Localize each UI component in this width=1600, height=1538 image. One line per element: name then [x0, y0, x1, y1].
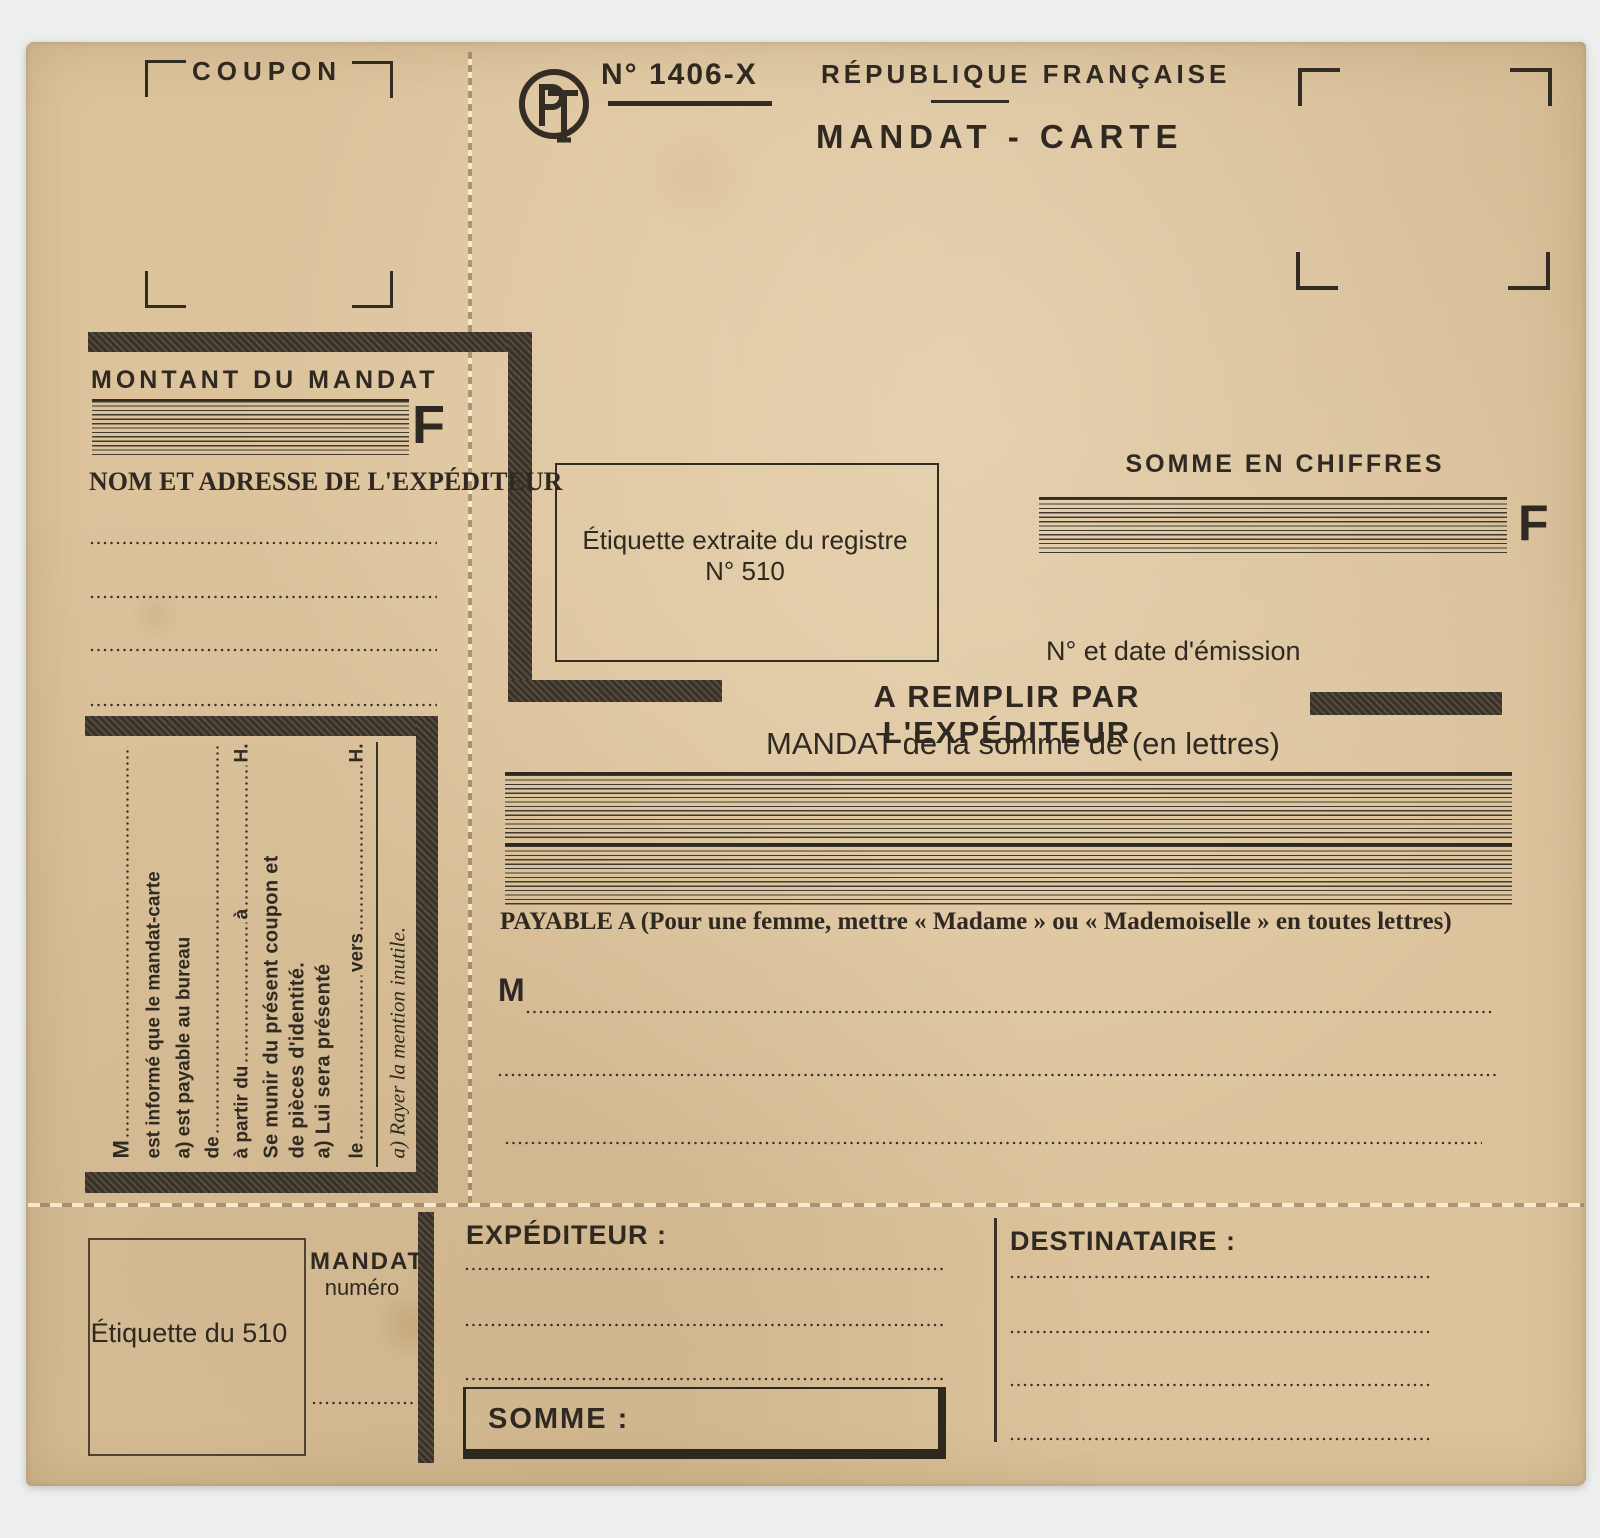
destinataire-write-line — [1010, 1275, 1432, 1279]
stamp-corner-mark — [1296, 252, 1338, 290]
destinataire-write-line — [1010, 1330, 1432, 1334]
etiquette-510-label: Étiquette du 510 — [84, 1318, 294, 1349]
form-number-underline — [608, 101, 772, 106]
amount-words-box-1 — [505, 772, 1512, 839]
notice-line-semunir: Se munir du présent coupon et — [258, 744, 284, 1159]
amount-words-box-2 — [505, 843, 1512, 906]
republic-title: RÉPUBLIQUE FRANÇAISE — [821, 59, 1230, 90]
notice-line-pieces: de pièces d'identité. — [284, 744, 310, 1159]
stamp-corner-mark — [1510, 68, 1552, 106]
remplir-right-bar — [1310, 692, 1502, 715]
payee-m-label: M — [498, 972, 525, 1009]
column-separator — [994, 1218, 997, 1442]
notice-text: de — [203, 1136, 225, 1158]
etiquette-registre-line1: Étiquette extraite du registre — [555, 525, 935, 556]
form-number: N° 1406-X — [601, 58, 758, 92]
stamp-corner-mark — [1508, 252, 1550, 290]
notice-text: a) Lui sera présenté — [313, 964, 336, 1159]
notice-text: a) est payable au bureau — [174, 937, 196, 1159]
notice-line-rayer: a) Rayer la mention inutile. — [385, 744, 411, 1159]
notice-text: Se munir du présent coupon et — [261, 855, 284, 1158]
payee-write-line — [498, 1073, 1497, 1077]
notice-text: H. — [232, 743, 254, 762]
notice-line-de: de — [199, 744, 225, 1159]
coupon-write-line — [90, 541, 437, 545]
notice-border-bottom — [85, 1172, 438, 1193]
notice-text: de pièces d'identité. — [287, 962, 310, 1159]
numero-label: numéro — [310, 1275, 414, 1301]
vertical-perforation-line — [468, 52, 472, 1205]
coupon-corner-mark — [352, 61, 393, 98]
divider-bar-bottom-arm — [508, 680, 722, 702]
dotted-leader — [245, 922, 249, 1062]
destinataire-write-line — [1010, 1383, 1432, 1387]
payee-write-line — [505, 1141, 1482, 1145]
dotted-leader — [216, 747, 220, 1134]
notice-line-apartir: à partir duàH. — [228, 744, 254, 1159]
notice-line-informed: est informé que le mandat-carte — [140, 744, 166, 1159]
notice-text: H. — [347, 744, 369, 763]
notice-text: est informé que le mandat-carte — [144, 871, 166, 1158]
notice-text: à partir du — [232, 1066, 254, 1159]
notice-line-luisera: a) Lui sera présenté — [310, 744, 336, 1159]
bottom-divider-bar — [418, 1212, 434, 1463]
coupon-write-line — [90, 595, 437, 599]
mandat-numero-label: MANDAT — [310, 1248, 414, 1276]
mandat-somme-heading: MANDAT de la somme de (en lettres) — [723, 726, 1323, 762]
notice-text: a) Rayer la mention inutile. — [386, 927, 411, 1159]
coupon-write-line — [90, 703, 437, 707]
notice-separator-rule — [376, 742, 378, 1167]
etiquette-registre-line2: N° 510 — [555, 556, 935, 587]
emission-label: N° et date d'émission — [1046, 636, 1301, 667]
somme-chiffres-box — [1039, 497, 1507, 556]
notice-text: le — [347, 1143, 369, 1159]
republic-underline — [931, 100, 1009, 103]
coupon-corner-mark — [145, 271, 186, 308]
notice-border-top — [85, 716, 438, 736]
expediteur-write-line — [465, 1377, 945, 1381]
destinataire-write-line — [1010, 1437, 1432, 1441]
currency-f-coupon: F — [412, 394, 445, 456]
expediteur-write-line — [465, 1267, 945, 1271]
somme-box: SOMME : — [463, 1387, 946, 1459]
notice-border-right — [416, 716, 438, 1193]
notice-text: à — [232, 909, 254, 920]
dotted-leader — [245, 765, 249, 905]
divider-bar-top — [88, 332, 532, 352]
coupon-corner-mark — [352, 271, 393, 308]
expediteur-write-line — [465, 1323, 945, 1327]
dotted-leader — [360, 766, 364, 931]
currency-f-main: F — [1518, 494, 1549, 552]
notice-line-payable: a) est payable au bureau — [170, 744, 196, 1159]
coupon-write-line — [90, 648, 437, 652]
notice-text: M — [109, 1140, 135, 1158]
montant-label: MONTANT DU MANDAT — [91, 366, 439, 395]
mandat-carte-form: COUPON N° 1406-X RÉPUBLIQUE FRANÇAISE MA… — [26, 42, 1586, 1486]
horizontal-fold-line — [28, 1203, 1584, 1207]
somme-chiffres-label: SOMME EN CHIFFRES — [1085, 450, 1485, 479]
montant-amount-box — [92, 399, 409, 458]
notice-line-levers: leversH. — [343, 744, 369, 1159]
payee-write-line — [526, 1010, 1492, 1014]
ptt-logo-icon — [515, 66, 593, 152]
notice-line-m: M — [109, 744, 135, 1159]
coupon-title: COUPON — [176, 56, 358, 87]
sender-address-label: NOM ET ADRESSE DE L'EXPÉDITEUR — [89, 467, 562, 497]
stamp-corner-mark — [1298, 68, 1340, 106]
notice-text: vers — [347, 933, 369, 972]
divider-bar-vertical — [508, 332, 532, 700]
dotted-leader — [126, 747, 130, 1138]
paper-stain — [626, 122, 766, 232]
dotted-leader — [360, 975, 364, 1140]
mandat-numero-line — [312, 1401, 414, 1405]
somme-label: SOMME : — [488, 1403, 629, 1436]
card-title: MANDAT - CARTE — [816, 118, 1184, 156]
payable-heading: PAYABLE A (Pour une femme, mettre « Mada… — [500, 908, 1520, 936]
destinataire-label: DESTINATAIRE : — [1010, 1226, 1236, 1257]
expediteur-label: EXPÉDITEUR : — [466, 1220, 667, 1251]
